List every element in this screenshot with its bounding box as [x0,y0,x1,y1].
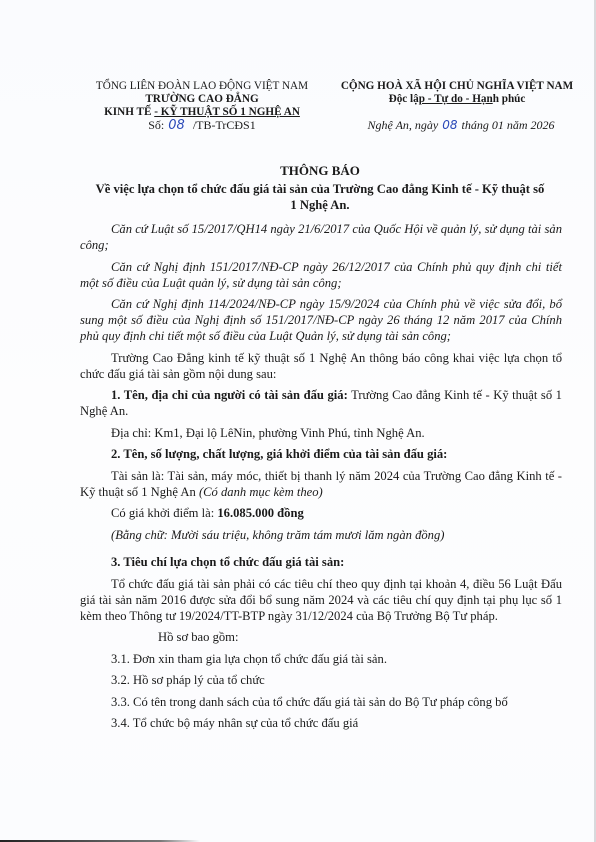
section-2-price-words: (Bằng chữ: Mười sáu triệu, không trăm tá… [80,527,562,543]
issuer-header: TỔNG LIÊN ĐOÀN LAO ĐỘNG VIỆT NAM TRƯỜNG … [82,80,322,132]
issuer-parent-org: TỔNG LIÊN ĐOÀN LAO ĐỘNG VIỆT NAM [82,80,322,93]
section-2-price: Có giá khởi điểm là: 16.085.000 đồng [80,505,562,521]
section-1-heading: 1. Tên, địa chỉ của người có tài sản đấu… [111,388,348,402]
dossier-item-2: 3.2. Hồ sơ pháp lý của tổ chức [80,672,562,688]
legal-basis-1: Căn cứ Luật số 15/2017/QH14 ngày 21/6/20… [80,221,562,253]
document-number: Số:08/TB-TrCĐS1 [82,119,322,132]
legal-basis-2: Căn cứ Nghị định 151/2017/NĐ-CP ngày 26/… [80,259,562,291]
national-motto: Độc lập - Tự do - Hạnh phúc [326,93,588,106]
dossier-label: Hồ sơ bao gồm: [80,629,562,645]
handwritten-number: 08 [168,118,185,133]
document-page: TỔNG LIÊN ĐOÀN LAO ĐỘNG VIỆT NAM TRƯỜNG … [0,0,596,842]
dossier-item-1: 3.1. Đơn xin tham gia lựa chọn tổ chức đ… [80,651,562,667]
section-1-address: Địa chỉ: Km1, Đại lộ LêNin, phường Vinh … [80,425,562,441]
intro-paragraph: Trường Cao Đẳng kinh tế kỹ thuật số 1 Ng… [80,350,562,382]
national-header: CỘNG HOÀ XÃ HỘI CHỦ NGHĨA VIỆT NAM Độc l… [326,80,588,106]
handwritten-day: 08 [442,118,457,132]
section-3-heading: 3. Tiêu chí lựa chọn tổ chức đấu giá tài… [80,554,562,570]
document-body: Căn cứ Luật số 15/2017/QH14 ngày 21/6/20… [80,221,562,737]
section-1: 1. Tên, địa chỉ của người có tài sản đấu… [80,387,562,419]
document-subtitle: Về việc lựa chọn tổ chức đấu giá tài sản… [95,181,545,213]
section-2-asset: Tài sản là: Tài sản, máy móc, thiết bị t… [80,468,562,500]
dossier-item-3: 3.3. Có tên trong danh sách của tổ chức … [80,694,562,710]
issuer-name-line1: TRƯỜNG CAO ĐẲNG [82,93,322,106]
national-title: CỘNG HOÀ XÃ HỘI CHỦ NGHĨA VIỆT NAM [326,80,588,93]
document-date: Nghệ An, ngày08tháng 01 năm 2026 [336,118,586,133]
section-3-text: Tổ chức đấu giá tài sản phải có các tiêu… [80,576,562,624]
section-2-heading: 2. Tên, số lượng, chất lượng, giá khởi đ… [80,446,562,462]
document-title: THÔNG BÁO [80,163,560,179]
starting-price: 16.085.000 đồng [217,506,303,520]
legal-basis-3: Căn cứ Nghị định 114/2024/NĐ-CP ngày 15/… [80,296,562,344]
dossier-item-4: 3.4. Tổ chức bộ máy nhân sự của tổ chức … [80,715,562,731]
